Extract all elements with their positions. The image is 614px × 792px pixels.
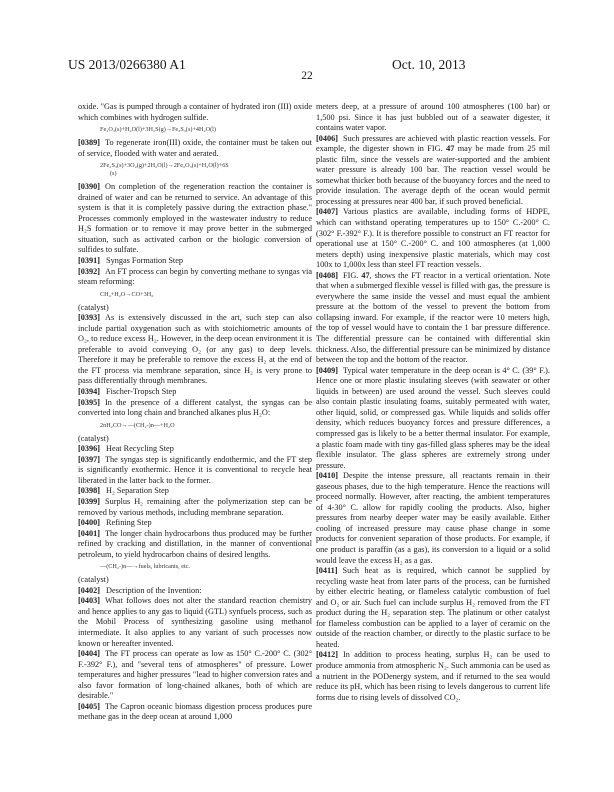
paragraph-text: Such heat as is required, which cannot b… (316, 566, 550, 649)
paragraph-number: [0396] (78, 444, 100, 453)
page-number: 22 (0, 70, 614, 82)
paragraph-text: may be made from 25 mil plastic film, si… (316, 144, 550, 206)
equation-line: 2Fe₂S₃(s)+3O₂(g)+2H₂O(l)→2Fe₂O₃(s)+H₂O(l… (100, 162, 229, 169)
paragraph-0408: [0408]FIG. 47, shows the FT reactor in a… (316, 271, 550, 366)
paragraph-text: The Capron oceanic biomass digestion pro… (78, 702, 312, 722)
paragraph-0395: [0395]In the presence of a different cat… (78, 398, 312, 419)
paragraph-text: , shows the FT reactor in a vertical ori… (316, 271, 550, 364)
paragraph-number: [0407] (316, 207, 338, 216)
heading-0398: [0398]H₂ Separation Step (78, 486, 312, 497)
paragraph-0397: [0397]The syngas step is significantly e… (78, 455, 312, 487)
catalyst-note: (catalyst) (78, 434, 312, 445)
paragraph-text: On completion of the regeneration reacti… (78, 182, 312, 254)
paragraph-number: [0400] (78, 518, 100, 527)
paragraph-number: [0395] (78, 398, 100, 407)
paragraph-number: [0397] (78, 455, 100, 464)
paragraph-0409: [0409]Typical water temperature in the d… (316, 366, 550, 471)
paragraph-continuation: oxide. "Gas is pumped through a containe… (78, 102, 312, 123)
paragraph-number: [0394] (78, 387, 100, 396)
equation-regeneration: 2Fe₂S₃(s)+3O₂(g)+2H₂O(l)→2Fe₂O₃(s)+H₂O(l… (100, 162, 312, 178)
heading-0396: [0396]Heat Recycling Step (78, 444, 312, 455)
paragraph-0399: [0399]Surplus H₂ remaining after the pol… (78, 497, 312, 518)
paragraph-0393: [0393]As is extensively discussed in the… (78, 313, 312, 387)
paragraph-number: [0393] (78, 313, 100, 322)
paragraph-number: [0404] (78, 649, 100, 658)
left-column: oxide. "Gas is pumped through a containe… (78, 102, 312, 723)
paragraph-number: [0402] (78, 586, 100, 595)
heading-text: Description of the Invention: (106, 586, 202, 595)
paragraph-0410: [0410]Despite the intense pressure, all … (316, 471, 550, 566)
paragraph-text: Despite the intense pressure, all reacta… (316, 471, 550, 564)
right-column: meters deep, at a pressure of around 100… (316, 102, 550, 703)
paragraph-number: [0391] (78, 256, 100, 265)
heading-0391: [0391]Syngas Formation Step (78, 256, 312, 267)
catalyst-note: (catalyst) (78, 575, 312, 586)
paragraph-number: [0398] (78, 486, 100, 495)
paragraph-number: [0408] (316, 271, 338, 280)
paragraph-text: The FT process can operate as low as 150… (78, 649, 312, 700)
paragraph-0403: [0403]What follows does not alter the st… (78, 596, 312, 649)
paragraph-number: [0409] (316, 366, 338, 375)
paragraph-number: [0389] (78, 138, 100, 147)
paragraph-number: [0392] (78, 267, 100, 276)
paragraph-0412: [0412]In addition to process heating, su… (316, 650, 550, 703)
paragraph-0404: [0404]The FT process can operate as low … (78, 649, 312, 702)
paragraph-0407: [0407]Various plastics are available, in… (316, 207, 550, 270)
paragraph-number: [0403] (78, 596, 100, 605)
equation-iron-oxide: Fe₂O₃(s)+H₂O(l)+3H₂S(g)→Fe₂S₃(s)+4H₂O(l) (100, 126, 312, 134)
equation-fischer-tropsch: 2nH₂CO→—(CH₂-)n—+H₂O (100, 422, 312, 430)
heading-0400: [0400]Refining Step (78, 518, 312, 529)
equation-steam-reforming: CH₄+H₂O→CO+3H₂ (100, 291, 312, 299)
paragraph-0406: [0406]Such pressures are achieved with p… (316, 134, 550, 208)
paragraph-number: [0405] (78, 702, 100, 711)
figure-reference: 47 (361, 271, 369, 280)
paragraph-number: [0390] (78, 182, 100, 191)
paragraph-text: As is extensively discussed in the art, … (78, 313, 312, 385)
paragraph-text: An FT process can begin by converting me… (78, 267, 312, 287)
paragraph-continuation: meters deep, at a pressure of around 100… (316, 102, 550, 134)
paragraph-number: [0406] (316, 134, 338, 143)
heading-text: Syngas Formation Step (106, 256, 183, 265)
paragraph-text: The longer chain hydrocarbons thus produ… (78, 529, 312, 559)
catalyst-note: (catalyst) (78, 303, 312, 314)
paragraph-0389: [0389]To regenerate iron(III) oxide, the… (78, 138, 312, 159)
paragraph-text: What follows does not alter the standard… (78, 596, 312, 647)
paragraph-text: Various plastics are available, includin… (316, 207, 550, 269)
paragraph-text: Typical water temperature in the deep oc… (316, 366, 550, 470)
paragraph-number: [0412] (316, 650, 338, 659)
heading-text: Heat Recycling Step (106, 444, 174, 453)
paragraph-text: To regenerate iron(III) oxide, the conta… (78, 138, 312, 158)
heading-text: Fischer-Tropsch Step (106, 387, 176, 396)
heading-0402: [0402]Description of the Invention: (78, 586, 312, 597)
equation-line: (s) (110, 170, 312, 178)
paragraph-0411: [0411]Such heat as is required, which ca… (316, 566, 550, 650)
heading-text: H₂ Separation Step (106, 486, 169, 495)
paragraph-text: The syngas step is significantly endothe… (78, 455, 312, 485)
paragraph-0390: [0390]On completion of the regeneration … (78, 182, 312, 256)
paragraph-text: Surplus H₂ remaining after the polymeriz… (78, 497, 312, 517)
paragraph-text: FIG. (343, 271, 361, 280)
paragraph-number: [0411] (316, 566, 338, 575)
paragraph-0405: [0405]The Capron oceanic biomass digesti… (78, 702, 312, 723)
heading-0394: [0394]Fischer-Tropsch Step (78, 387, 312, 398)
paragraph-number: [0401] (78, 529, 100, 538)
paragraph-number: [0399] (78, 497, 100, 506)
equation-refining: —(CH₂-)n—→fuels, lubricants, etc. (100, 563, 312, 571)
heading-text: Refining Step (106, 518, 152, 527)
paragraph-0392: [0392]An FT process can begin by convert… (78, 267, 312, 288)
paragraph-0401: [0401]The longer chain hydrocarbons thus… (78, 529, 312, 561)
paragraph-text: In addition to process heating, surplus … (316, 650, 550, 701)
paragraph-number: [0410] (316, 471, 338, 480)
paragraph-text: In the presence of a different catalyst,… (78, 398, 312, 418)
